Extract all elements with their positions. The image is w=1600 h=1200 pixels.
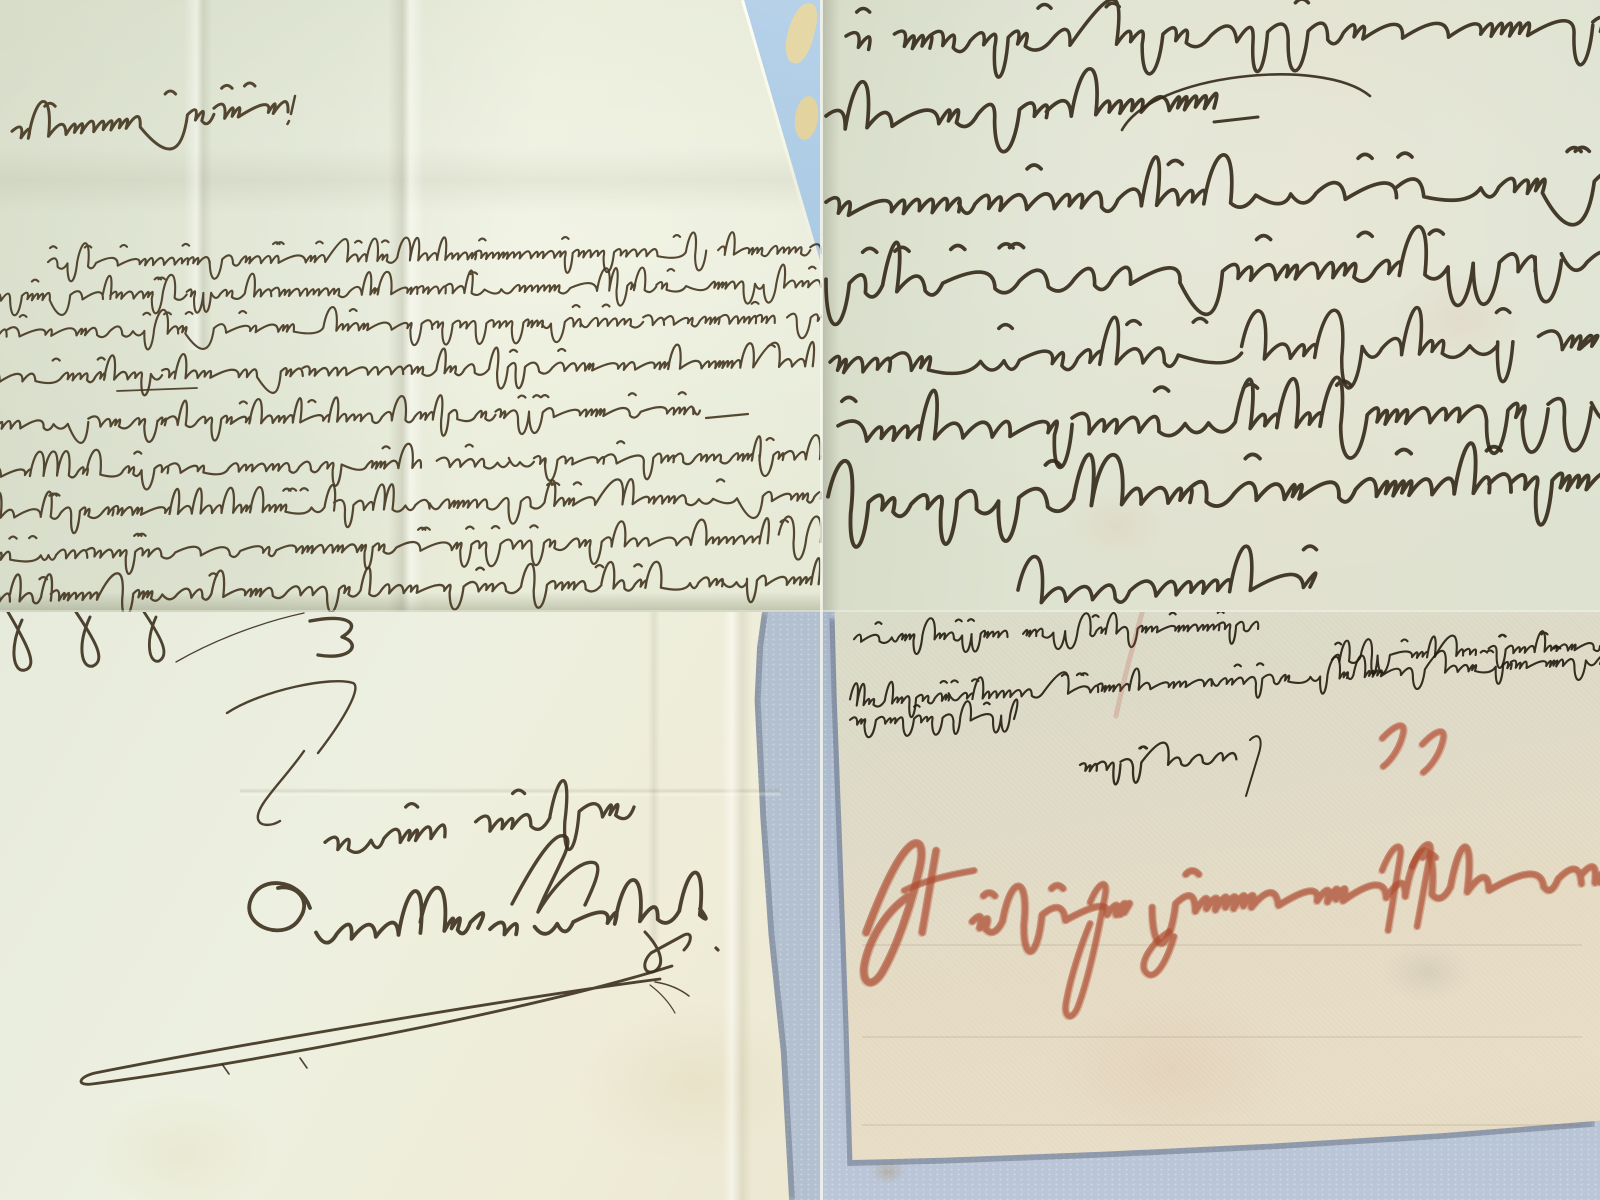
body-line-7 (0, 479, 822, 533)
reply-line-1b (1332, 631, 1600, 674)
closeup-line-6 (838, 377, 1600, 467)
body-line-1 (48, 232, 822, 281)
closeup-line-8-partial (1018, 546, 1317, 603)
word-gehorsamst (325, 781, 634, 853)
closeup-line-4 (826, 227, 1600, 325)
collage-seam-horizontal (0, 610, 1600, 612)
hairline-stroke (176, 613, 304, 662)
cut-descender-loop-1 (8, 612, 31, 670)
handwriting-layer-signature (0, 612, 822, 1200)
notation-L-o-M (1080, 743, 1236, 785)
closeup-line-7 (828, 443, 1600, 547)
collage-seam-vertical (820, 0, 823, 1200)
panel-red-verdict (822, 612, 1600, 1200)
lead-in-swash (227, 681, 355, 753)
body-line-4 (0, 342, 814, 395)
handwriting-layer-letter (0, 0, 822, 612)
cut-descender-loop-2 (76, 612, 99, 666)
cut-flourish (310, 618, 352, 656)
closeup-line-1 (846, 0, 1600, 77)
body-line-5 (0, 392, 700, 443)
notation-tail (1246, 736, 1261, 796)
body-line-8 (0, 516, 821, 573)
red-word-zugelassen (1152, 846, 1600, 943)
photo-collage (0, 0, 1600, 1200)
closeup-line-3 (826, 147, 1600, 224)
body-line-2 (0, 265, 822, 316)
closeup-line-5 (830, 308, 1598, 388)
em-dash (706, 414, 748, 418)
panel-signature (0, 612, 822, 1200)
flourish-loop (1122, 74, 1370, 130)
lead-in-swash-tail (258, 751, 304, 825)
paraph-fan-2 (650, 985, 675, 1013)
closeup-line-2 (826, 69, 1217, 152)
name-eduard (316, 888, 483, 943)
cut-descender-loop-3 (144, 612, 164, 661)
paraph-barb-1 (222, 1064, 229, 1074)
body-line-9-cut (0, 558, 820, 612)
paraph-barb-2 (300, 1058, 307, 1068)
capital-E-loops (249, 883, 310, 930)
paraph-loop (81, 966, 672, 1084)
reply-line-1a (854, 612, 1258, 654)
red-word-zugelassen (1153, 847, 1600, 944)
red-faint-line (1116, 612, 1145, 716)
salutation-verehrter-freund (12, 83, 288, 149)
period-dot (716, 948, 718, 950)
body-line-6 (0, 435, 822, 489)
panel-letter-page (0, 0, 822, 612)
em-dash (1214, 117, 1258, 122)
surname-capital (512, 836, 598, 912)
handwriting-layer-closeup (822, 0, 1600, 612)
panel-text-closeup (822, 0, 1600, 612)
handwriting-layer-verdict (822, 612, 1600, 1200)
body-line-3 (0, 302, 822, 350)
underline-word (117, 388, 197, 391)
